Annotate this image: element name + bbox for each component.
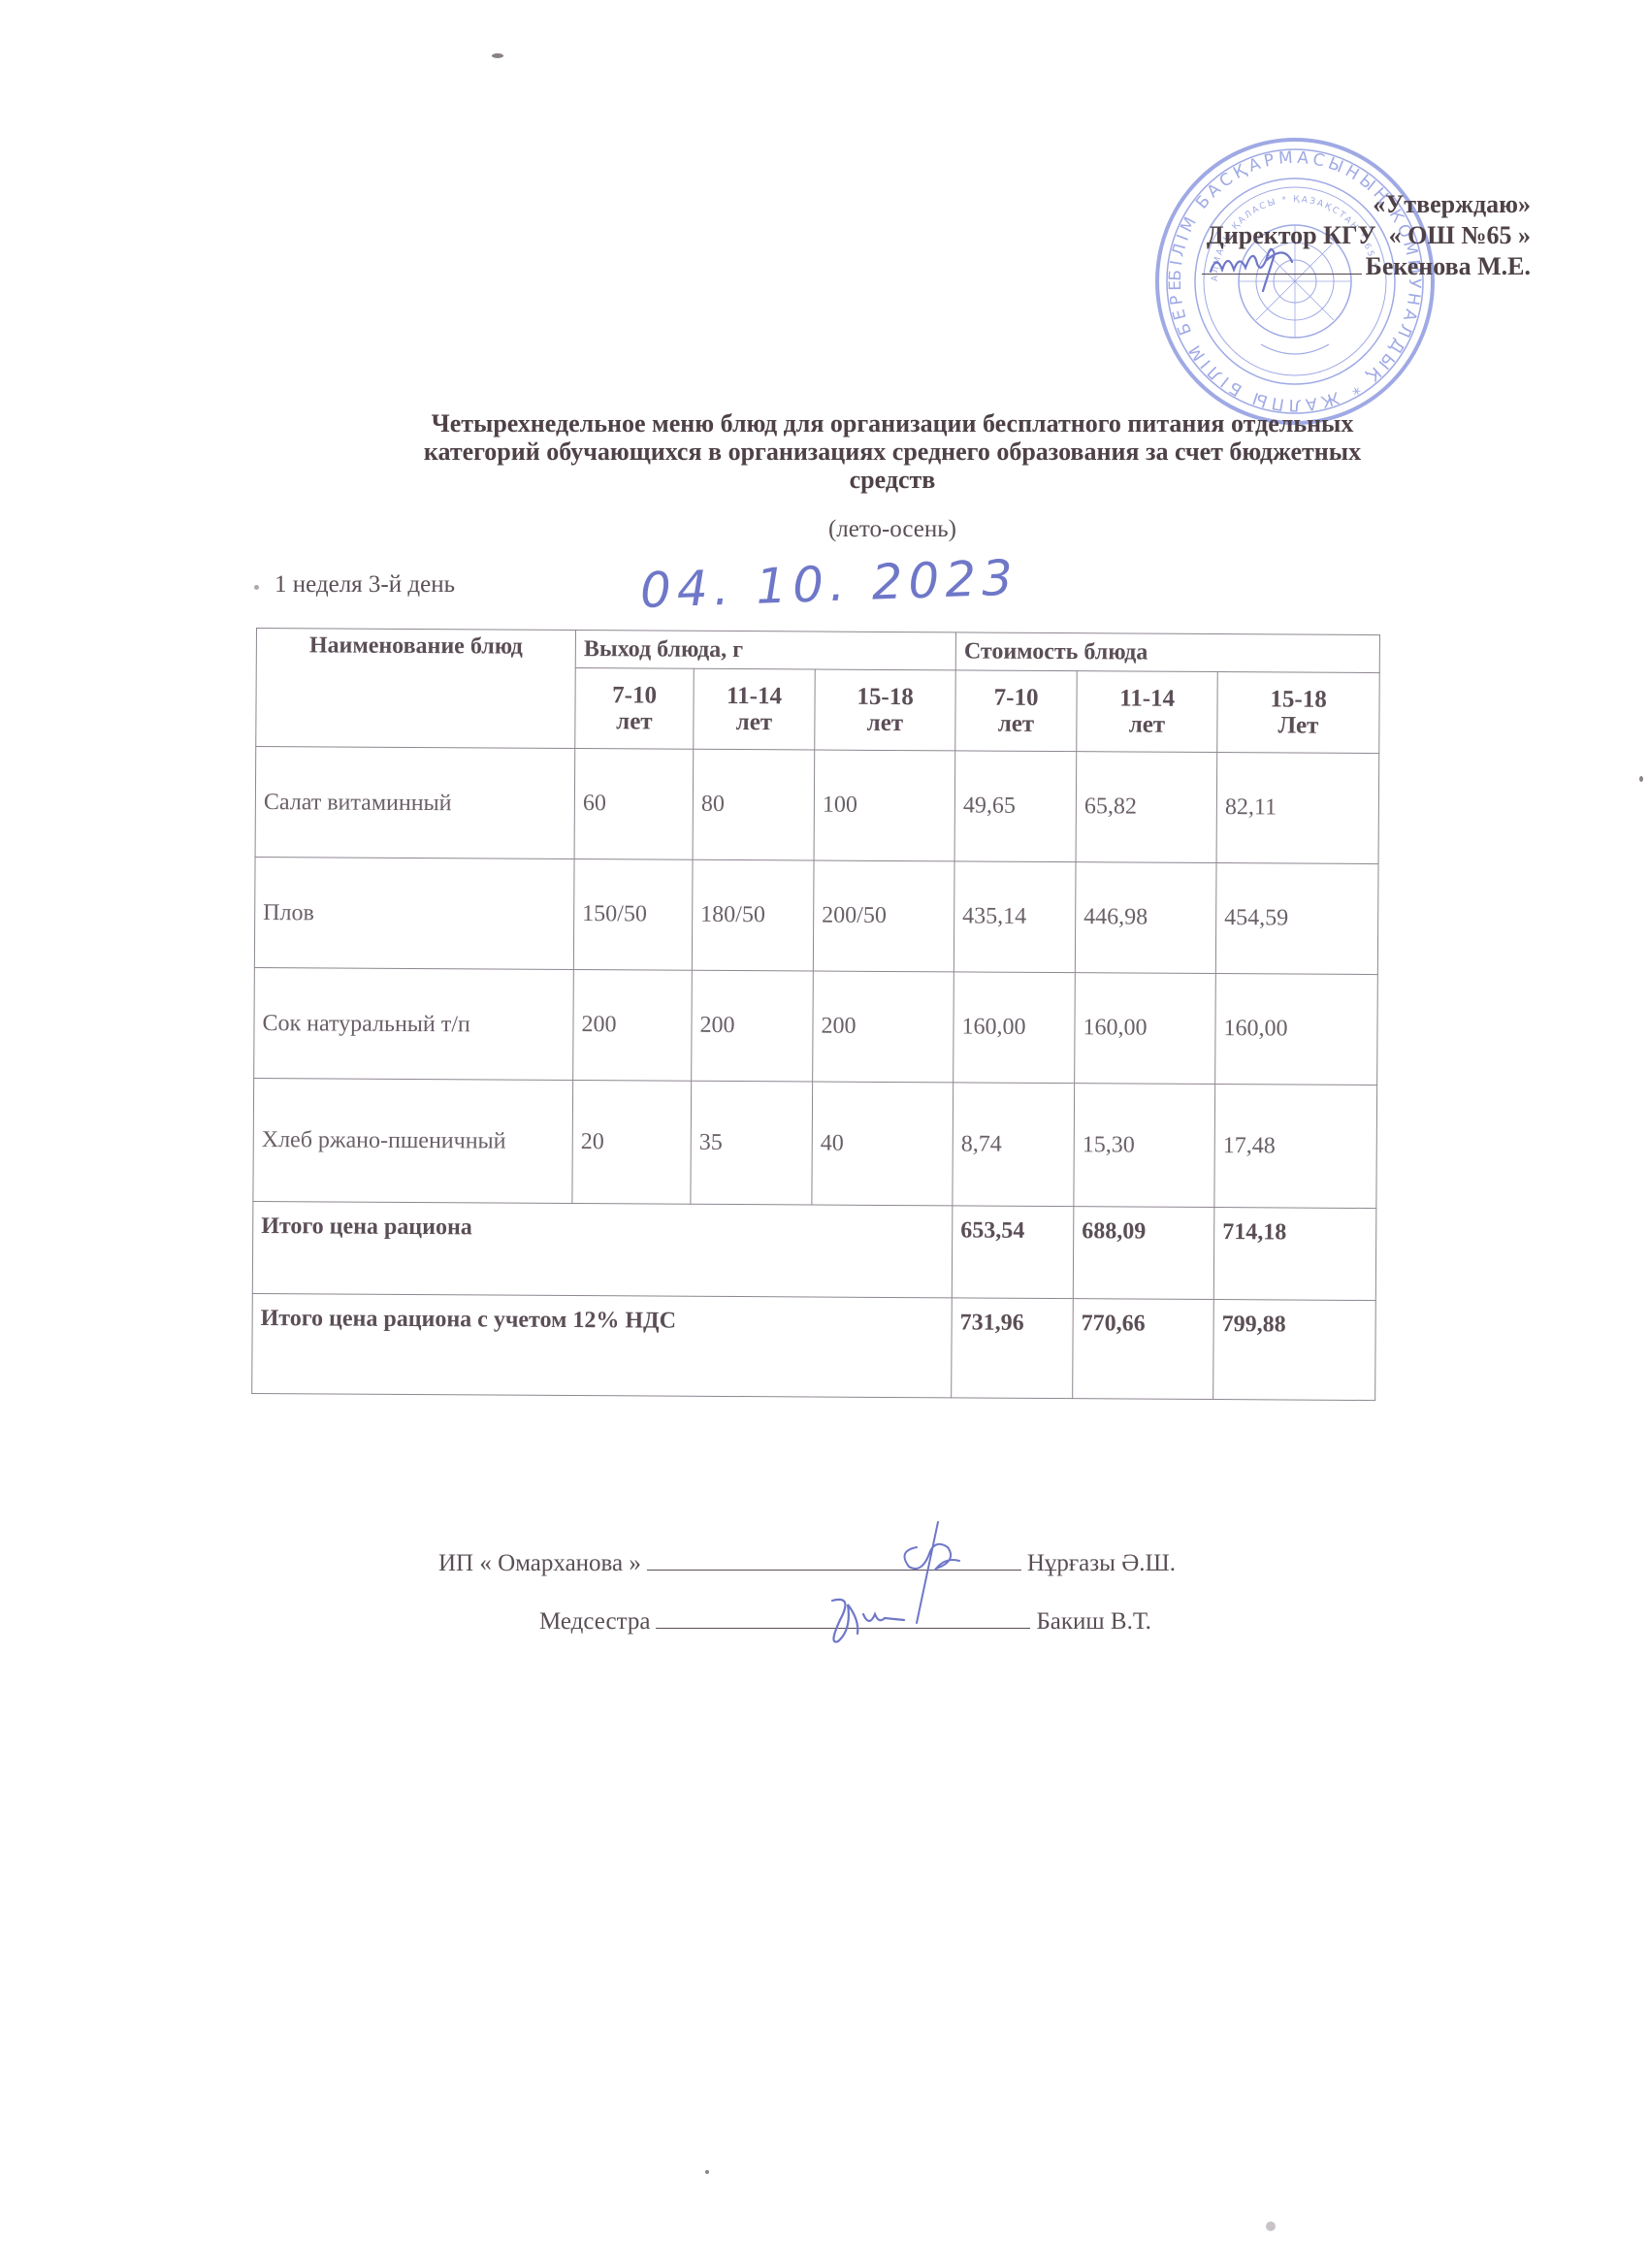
yield-11-14: 35 (691, 1081, 813, 1205)
yield-11-14: 80 (693, 749, 815, 860)
header-cost-age-7-10: 7-10лет (955, 670, 1078, 752)
yield-7-10: 200 (573, 970, 693, 1082)
header-cost-age-15-18: 15-18Лет (1217, 672, 1380, 754)
header-yield-age-11-14: 11-14лет (694, 668, 816, 750)
header-cost-age-11-14: 11-14лет (1077, 671, 1218, 753)
dish-name: Плов (254, 857, 574, 969)
table-row: Хлеб ржано-пшеничный 20 35 40 8,74 15,30… (253, 1078, 1377, 1208)
dish-name: Сок натуральный т/п (254, 967, 574, 1080)
supplier-name: Нұрғазы Ә.Ш. (1027, 1550, 1176, 1576)
cost-11-14: 15,30 (1074, 1084, 1215, 1208)
title-line-3: средств (252, 466, 1533, 494)
yield-15-18: 40 (812, 1082, 954, 1206)
header-yield-age-7-10: 7-10лет (575, 668, 695, 750)
total-vat-15-18: 799,88 (1213, 1300, 1376, 1401)
total-label: Итого цена рациона (252, 1201, 953, 1297)
approval-block: «Утверждаю» Директор КГУ « ОШ №65 » Беке… (1202, 189, 1531, 282)
week-day-label: 1 неделя 3-й день (275, 571, 455, 599)
scan-speck (1266, 2221, 1276, 2231)
yield-7-10: 150/50 (573, 859, 693, 971)
approval-signature-row: Бекенова М.Е. (1202, 251, 1531, 282)
nurse-name: Бакиш В.Т. (1036, 1608, 1150, 1635)
total-15-18: 714,18 (1213, 1208, 1376, 1301)
signature-line (656, 1606, 1030, 1629)
header-yield-age-15-18: 15-18лет (815, 669, 956, 751)
yield-7-10: 60 (574, 749, 694, 860)
season-subtitle: (лето-осень) (252, 516, 1533, 543)
signature-line (1202, 252, 1362, 275)
yield-11-14: 180/50 (692, 859, 814, 971)
nurse-signature-line: МедсестраБакиш В.Т. (539, 1606, 1151, 1636)
cost-7-10: 8,74 (953, 1083, 1075, 1207)
cost-7-10: 435,14 (954, 861, 1076, 973)
dish-name: Салат витаминный (255, 747, 575, 859)
cost-15-18: 82,11 (1216, 753, 1379, 864)
cost-15-18: 160,00 (1215, 974, 1378, 1085)
table-row: Плов 150/50 180/50 200/50 435,14 446,98 … (254, 857, 1378, 974)
cost-15-18: 454,59 (1215, 863, 1378, 975)
total-row: Итого цена рациона 653,54 688,09 714,18 (252, 1201, 1376, 1300)
header-yield-group: Выход блюда, г (575, 631, 955, 670)
total-vat-7-10: 731,96 (952, 1298, 1074, 1399)
total-11-14: 688,09 (1073, 1207, 1214, 1300)
title-line-2: категорий обучающихся в организациях сре… (252, 437, 1533, 466)
supplier-role: ИП « Омарханова » (438, 1550, 641, 1576)
total-vat-row: Итого цена рациона с учетом 12% НДС 731,… (252, 1293, 1376, 1400)
cost-7-10: 49,65 (954, 751, 1077, 862)
header-dish-name: Наименование блюд (256, 629, 576, 749)
title-line-1: Четырехнедельное меню блюд для организац… (252, 409, 1533, 437)
handwritten-date: 04. 10. 2023 (639, 549, 1019, 619)
nurse-role: Медсестра (539, 1608, 650, 1635)
bullet-mark (254, 585, 259, 590)
total-7-10: 653,54 (952, 1206, 1074, 1299)
approval-heading: «Утверждаю» (1202, 189, 1531, 220)
cost-11-14: 446,98 (1075, 862, 1216, 974)
yield-15-18: 100 (814, 750, 955, 861)
menu-table: Наименование блюд Выход блюда, г Стоимос… (251, 628, 1380, 1401)
scan-speck (492, 53, 503, 58)
yield-7-10: 20 (572, 1081, 692, 1205)
yield-15-18: 200 (813, 971, 954, 1083)
scan-speck (1639, 776, 1643, 782)
signature-line (647, 1548, 1021, 1571)
approver-name: Бекенова М.Е. (1366, 252, 1531, 280)
cost-7-10: 160,00 (954, 972, 1076, 1084)
yield-11-14: 200 (692, 970, 814, 1082)
table-row: Салат витаминный 60 80 100 49,65 65,82 8… (255, 747, 1379, 864)
header-cost-group: Стоимость блюда (955, 632, 1379, 673)
total-vat-label: Итого цена рациона с учетом 12% НДС (252, 1293, 953, 1397)
cost-15-18: 17,48 (1214, 1085, 1377, 1209)
supplier-signature-line: ИП « Омарханова »Нұрғазы Ә.Ш. (438, 1548, 1176, 1577)
total-vat-11-14: 770,66 (1073, 1299, 1214, 1400)
scan-speck (705, 2170, 709, 2174)
cost-11-14: 160,00 (1075, 973, 1216, 1085)
document-title: Четырехнедельное меню блюд для организац… (252, 409, 1533, 494)
yield-15-18: 200/50 (813, 860, 954, 972)
dish-name: Хлеб ржано-пшеничный (253, 1078, 573, 1203)
cost-11-14: 65,82 (1076, 752, 1217, 863)
approval-position: Директор КГУ « ОШ №65 » (1202, 220, 1531, 251)
table-row: Сок натуральный т/п 200 200 200 160,00 1… (254, 967, 1378, 1085)
